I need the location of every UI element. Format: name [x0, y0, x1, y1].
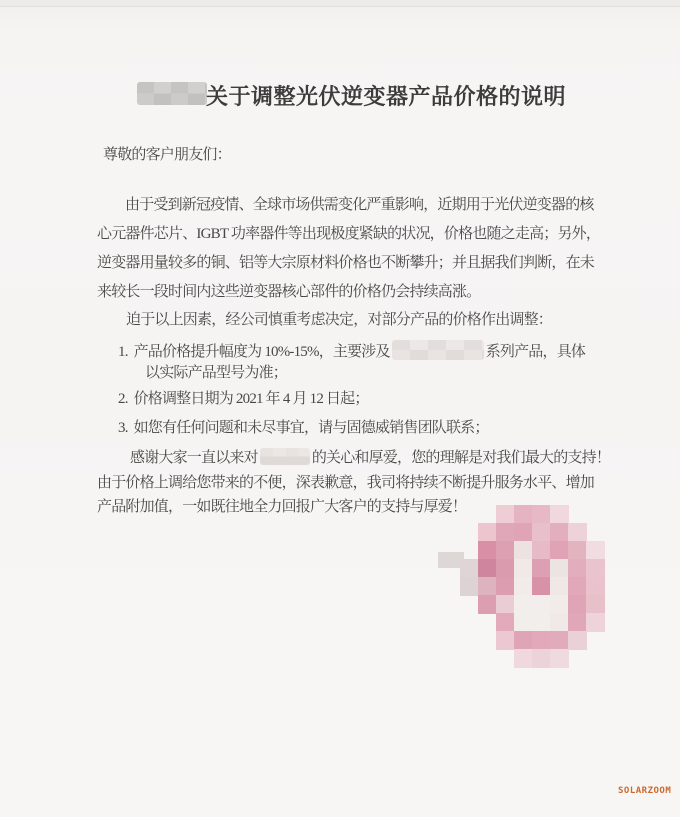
list-item-1-number: 1.	[118, 344, 128, 360]
salutation: 尊敬的客户朋友们：	[103, 147, 231, 164]
closing-line-1: 感谢大家一直以来对的关心和厚爱，您的理解是对我们最大的支持！	[130, 448, 610, 467]
scanned-letter-page: 关于调整光伏逆变器产品价格的说明 尊敬的客户朋友们： 由于受到新冠疫情、全球市场…	[0, 0, 680, 817]
list-item-1-text-post: 系列产品，具体	[486, 344, 585, 360]
paragraph-1-line-1: 由于受到新冠疫情、全球市场供需变化严重影响，近期用于光伏逆变器的核	[125, 197, 594, 214]
stamp-mosaic	[460, 505, 624, 669]
list-item-2-text: 价格调整日期为 2021 年 4 月 12 日起；	[134, 391, 369, 407]
document-title: 关于调整光伏逆变器产品价格的说明	[206, 80, 566, 111]
list-item-1-text-pre: 产品价格提升幅度为 10%-15%，主要涉及	[134, 344, 390, 360]
paragraph-2: 迫于以上因素，经公司慎重考虑决定，对部分产品的价格作出调整：	[126, 312, 552, 329]
list-item-2-number: 2.	[118, 391, 128, 407]
list-item-3: 3. 如您有任何问题和未尽事宜，请与固德威销售团队联系；	[118, 420, 489, 437]
paragraph-1-line-2: 心元器件芯片、IGBT 功率器件等出现极度紧缺的状况，价格也随之走高；另外，	[97, 226, 600, 243]
closing-line-1-pre: 感谢大家一直以来对	[130, 450, 258, 466]
redacted-company-name-2	[260, 448, 310, 465]
list-item-1-line-2: 以实际产品型号为准；	[145, 365, 287, 382]
closing-line-2: 由于价格上调给您带来的不便，深表歉意，我司将持续不断提升服务水平、增加	[97, 475, 594, 492]
list-item-3-text: 如您有任何问题和未尽事宜，请与固德威销售团队联系；	[134, 420, 489, 436]
solarzoom-watermark: SOLARZOOM	[618, 786, 671, 796]
closing-line-1-post: 的关心和厚爱，您的理解是对我们最大的支持！	[312, 450, 610, 466]
paragraph-1-line-4: 来较长一段时间内这些逆变器核心部件的价格仍会持续高涨。	[97, 284, 480, 301]
list-item-3-number: 3.	[118, 420, 128, 436]
redacted-company-name	[137, 82, 207, 105]
list-item-2: 2. 价格调整日期为 2021 年 4 月 12 日起；	[118, 391, 369, 408]
redacted-product-series	[392, 340, 484, 360]
closing-line-3: 产品附加值，一如既往地全力回报广大客户的支持与厚爱！	[97, 499, 466, 516]
paragraph-1-line-3: 逆变器用量较多的铜、铝等大宗原材料价格也不断攀升；并且据我们判断，在未	[97, 255, 594, 272]
list-item-1: 1. 产品价格提升幅度为 10%-15%，主要涉及系列产品，具体	[118, 340, 585, 361]
scan-top-edge	[0, 0, 680, 7]
